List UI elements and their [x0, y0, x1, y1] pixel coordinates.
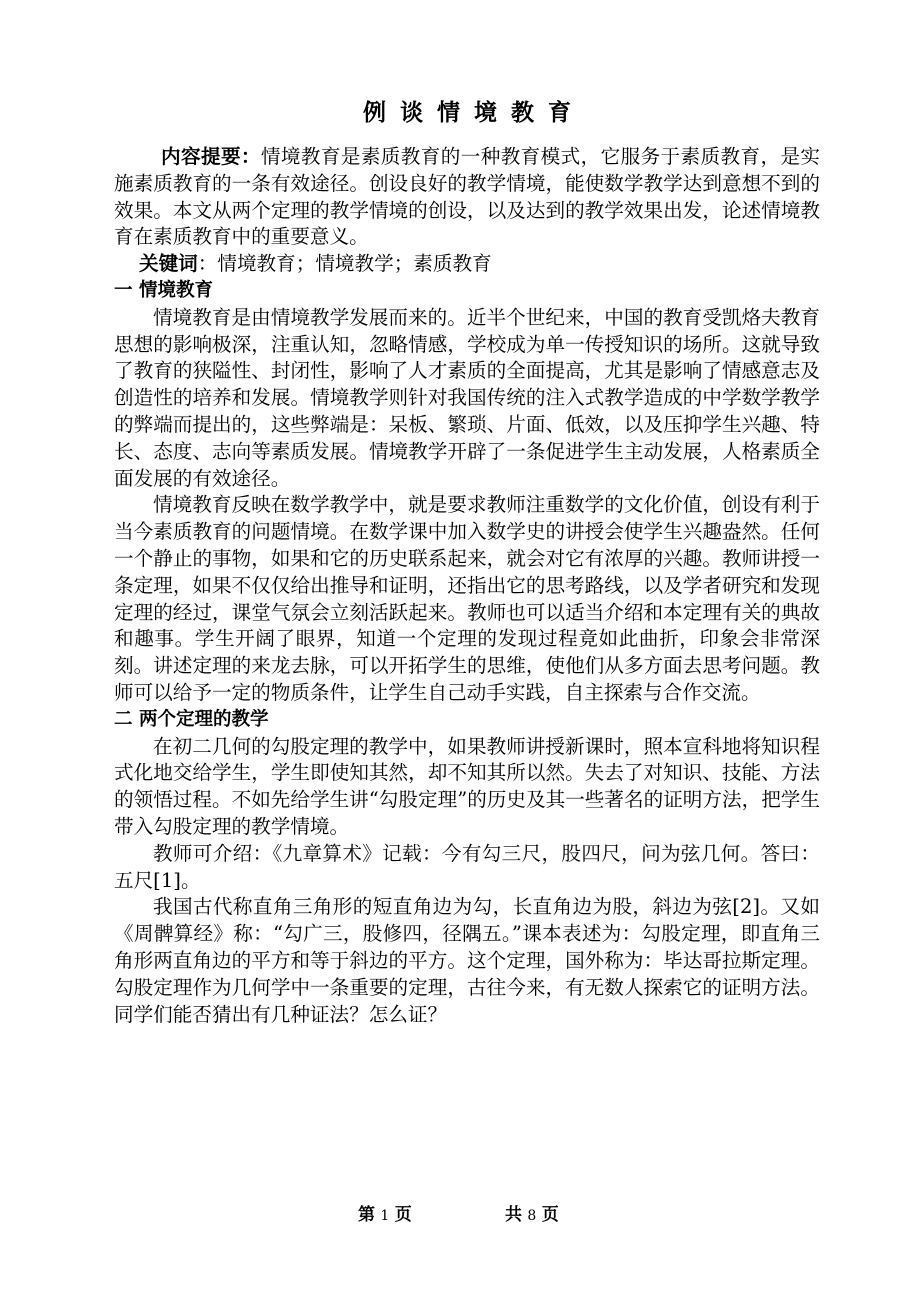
current-page-prefix: 第 — [358, 1205, 375, 1225]
total-pages-indicator: 共 8 页 — [505, 1200, 559, 1225]
total-pages-suffix: 页 — [542, 1205, 559, 1225]
keywords-label: 关键词 — [139, 252, 198, 275]
total-pages-prefix: 共 — [505, 1205, 522, 1225]
paragraph: 情境教育是由情境教学发展而来的。近半个世纪来，中国的教育受凯烙夫教育思想的影响极… — [114, 305, 820, 493]
abstract-label: 内容提要： — [161, 145, 261, 168]
document-title: 例谈情境教育 — [114, 96, 820, 130]
current-page-number: 1 — [380, 1208, 389, 1224]
paragraph: 在初二几何的勾股定理的教学中，如果教师讲授新课时，照本宣科地将知识程式化地交给学… — [114, 734, 820, 841]
section-heading-2: 二 两个定理的教学 — [114, 707, 820, 734]
current-page-indicator: 第 1 页 — [358, 1200, 412, 1225]
paragraph: 我国古代称直角三角形的短直角边为勾，长直角边为股，斜边为弦[2]。又如《周髀算经… — [114, 894, 820, 1028]
paragraph: 情境教育反映在数学教学中，就是要求教师注重数学的文化价值，创设有利于当今素质教育… — [114, 492, 820, 706]
keywords-text: ：情境教育；情境教学；素质教育 — [198, 252, 492, 275]
section-heading-1: 一 情境教育 — [114, 278, 820, 305]
current-page-suffix: 页 — [395, 1205, 412, 1225]
document-page: 例谈情境教育 内容提要：情境教育是素质教育的一种教育模式，它服务于素质教育，是实… — [114, 96, 820, 1028]
total-pages-number: 8 — [527, 1208, 536, 1224]
keywords: 关键词：情境教育；情境教学；素质教育 — [114, 251, 820, 278]
abstract: 内容提要：情境教育是素质教育的一种教育模式，它服务于素质教育，是实施素质教育的一… — [114, 144, 820, 251]
paragraph: 教师可介绍：《九章算术》记载：今有勾三尺，股四尺，问为弦几何。答曰：五尺[1]。 — [114, 841, 820, 895]
